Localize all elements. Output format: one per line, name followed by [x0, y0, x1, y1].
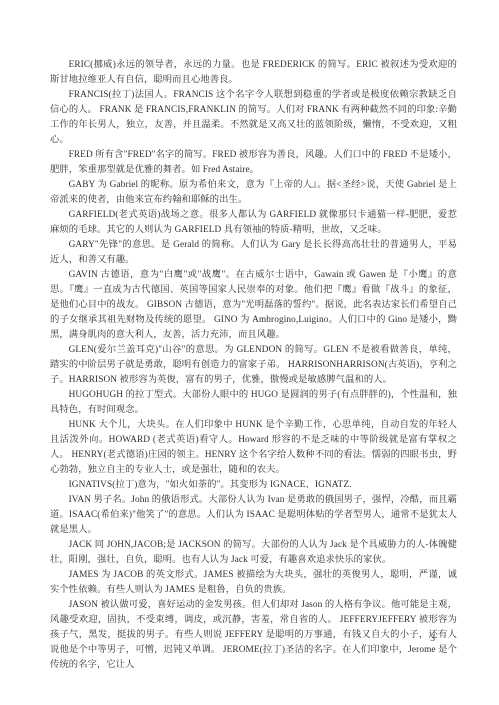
paragraph: JAMES 为 JACOB 的英文形式。JAMES 被描绘为大块头，强壮的英俊男…	[50, 568, 457, 598]
paragraph: JASON 被认做可爱，喜好运动的金发男孩。但人们却对 Jason 的人格有争议…	[50, 598, 457, 673]
paragraph: JACK 同 JOHN,JACOB;是 JACKSON 的简写。大部份的人认为 …	[50, 538, 457, 568]
paragraph: IGNATIVS(拉丁)意为，"如火如荼的"。其变形为 IGNACE、IGNAT…	[50, 478, 457, 493]
paragraph: GARY"先锋"的意思。是 Gerald 的简称。人们认为 Gary 是长长得高…	[50, 238, 457, 268]
paragraph: ERIC(挪威)永远的领导者，永远的力量。也是 FREDERICK 的简写。ER…	[50, 58, 457, 88]
paragraph: FRED 所有含"FRED"名字的简写。FRED 被形容为善良，风趣。人们口中的…	[50, 148, 457, 178]
paragraph: HUNK 大个儿，大块头。在人们印象中 HUNK 是个辛勤工作，心思单纯，自动自…	[50, 418, 457, 478]
paragraph: GABY 为 Gabriel 的昵称。原为希伯来文，意为『上帝的人』。据<圣经>…	[50, 178, 457, 208]
paragraph: GLEN(爱尔兰盖耳克)"山谷"的意思。为 GLENDON 的简写。GLEN 不…	[50, 343, 457, 388]
paragraph: FRANCIS(拉丁)法国人。FRANCIS 这个名字令人联想到稳重的学者或是极…	[50, 88, 457, 148]
document-body: ERIC(挪威)永远的领导者，永远的力量。也是 FREDERICK 的简写。ER…	[50, 58, 457, 673]
page-number: 3	[421, 634, 435, 644]
paragraph: GAVIN 古德语，意为"白鹰"或"战鹰"。在古威尔士语中，Gawain 或 G…	[50, 268, 457, 343]
paragraph: GARFIELD(老式英语)战场之意。很多人都认为 GARFIELD 就像那只卡…	[50, 208, 457, 238]
document-page: ERIC(挪威)永远的领导者，永远的力量。也是 FREDERICK 的简写。ER…	[0, 0, 499, 705]
paragraph: IVAN 男子名。John 的俄语形式。大部份人认为 Ivan 是勇敢的俄国男子…	[50, 493, 457, 538]
paragraph: HUGOHUGH 的拉丁型式。大部份人眼中的 HUGO 是圆润的男子(有点胖胖的…	[50, 388, 457, 418]
